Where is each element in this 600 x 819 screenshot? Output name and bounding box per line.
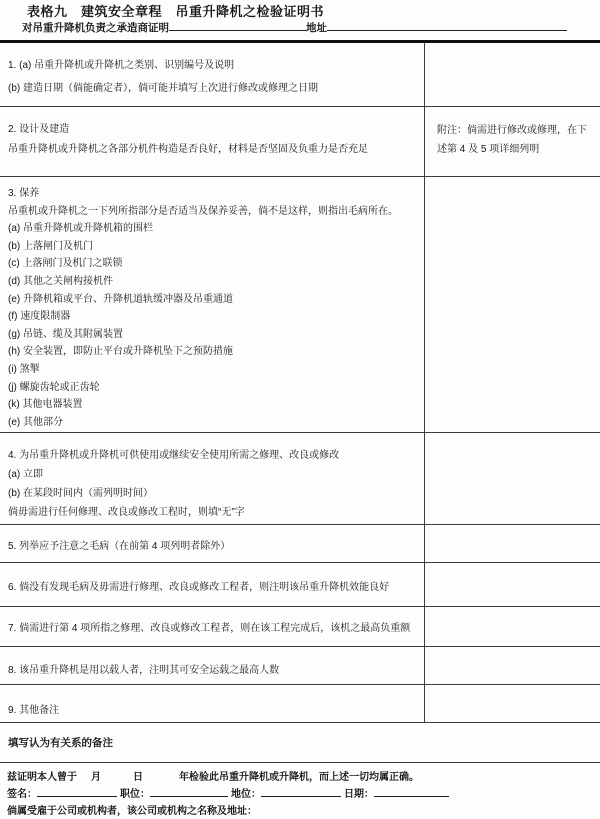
- signature-line: 签名：职位：地位：日期：: [7, 786, 600, 803]
- form-line: (f) 速度限制器: [8, 308, 422, 326]
- form-row-5: 5. 列举应予注意之毛病（在前第 4 项列明者除外）: [0, 525, 600, 563]
- side-note: 附注：倘需进行修改或修理，在下述第 4 及 5 项详细列明: [437, 125, 587, 155]
- row-5-content: 5. 列举应予注意之毛病（在前第 4 项列明者除外）: [0, 525, 425, 562]
- form-row-1: 1. (a) 吊重升降机或升降机之类别、识别编号及说明 (b) 建造日期（倘能确…: [0, 43, 600, 107]
- row-3-notes-cell: [425, 177, 600, 432]
- form-line: (b) 在某段时间内（需列明时间）: [8, 484, 422, 503]
- row-8-notes-cell: [425, 647, 600, 684]
- row-4-notes-cell: [425, 433, 600, 524]
- row-1-content: 1. (a) 吊重升降机或升降机之类别、识别编号及说明 (b) 建造日期（倘能确…: [0, 43, 425, 106]
- form-row-6: 6. 倘没有发现毛病及毋需进行修理、改良或修改工程者，则注明该吊重升降机效能良好: [0, 563, 600, 607]
- form-line: (b) 上落闸门及机门: [8, 238, 422, 256]
- row-9-notes-cell: [425, 685, 600, 722]
- form-line: (k) 其他电器装置: [8, 396, 422, 414]
- form-line: 4. 为吊重升降机或升降机可供使用或继续安全使用所需之修理、改良或修改: [8, 446, 422, 465]
- row-7-content: 7. 倘需进行第 4 项所指之修理、改良或修改工程者，则在该工程完成后，该机之最…: [0, 607, 425, 646]
- row-7-notes-cell: [425, 607, 600, 646]
- form-line: (c) 上落闸门及机门之联锁: [8, 255, 422, 273]
- day-label: 日: [133, 772, 143, 783]
- form-line: 3. 保养: [8, 185, 422, 203]
- form-line: 吊重机或升降机之一下列所指部分是否适当及保养妥善，倘不是这样，则指出毛病所在。: [8, 203, 422, 221]
- form-line: 吊重升降机或升降机之各部分机件构造是否良好，材料是否坚固及负重力是否充足: [8, 140, 422, 160]
- form-line: (a) 立即: [8, 465, 422, 484]
- position-label: 职位：: [120, 789, 150, 800]
- remarks-heading: 填写认为有关系的备注: [8, 735, 113, 762]
- contractor-name-field[interactable]: [169, 20, 306, 31]
- address-field[interactable]: [327, 20, 567, 31]
- form-line: (b) 建造日期（倘能确定者），倘可能并填写上次进行修改或修理之日期: [8, 77, 422, 100]
- status-label: 地位：: [231, 789, 261, 800]
- form-line: 7. 倘需进行第 4 项所指之修理、改良或修改工程者，则在该工程完成后，该机之最…: [8, 619, 422, 634]
- position-field[interactable]: [150, 786, 228, 797]
- form-line: 6. 倘没有发现毛病及毋需进行修理、改良或修改工程者，则注明该吊重升降机效能良好: [8, 578, 422, 593]
- certify-statement-line: 兹证明本人曾于月日年检验此吊重升降机或升降机，而上述一切均属正确。: [7, 769, 600, 786]
- certify-text-suffix: 年检验此吊重升降机或升降机，而上述一切均属正确。: [179, 772, 419, 783]
- status-field[interactable]: [261, 786, 341, 797]
- form-row-9: 9. 其他备注: [0, 685, 600, 723]
- row-8-content: 8. 该吊重升降机是用以载人者，注明其可安全运载之最高人数: [0, 647, 425, 684]
- form-line: (a) 吊重升降机或升降机箱的围栏: [8, 220, 422, 238]
- form-line: (d) 其他之关闸构接机件: [8, 273, 422, 291]
- form-row-remarks: 填写认为有关系的备注: [0, 723, 600, 763]
- row-3-content: 3. 保养 吊重机或升降机之一下列所指部分是否适当及保养妥善，倘不是这样，则指出…: [0, 177, 425, 432]
- form-line: 倘毋需进行任何修理、改良或修改工程时，则填“无”字: [8, 503, 422, 522]
- form-row-8: 8. 该吊重升降机是用以载人者，注明其可安全运载之最高人数: [0, 647, 600, 685]
- contractor-certify-label: 对吊重升降机负责之承造商证明: [22, 22, 169, 34]
- footer: 兹证明本人曾于月日年检验此吊重升降机或升降机，而上述一切均属正确。 签名：职位：…: [0, 763, 600, 819]
- form-row-2: 2. 设计及建造 吊重升降机或升降机之各部分机件构造是否良好，材料是否坚固及负重…: [0, 107, 600, 177]
- form-line: 9. 其他备注: [8, 701, 422, 716]
- form-row-4: 4. 为吊重升降机或升降机可供使用或继续安全使用所需之修理、改良或修改 (a) …: [0, 433, 600, 525]
- scanned-form-page: 表格九 建筑安全章程 吊重升降机之检验证明书 对吊重升降机负责之承造商证明地址 …: [0, 0, 600, 819]
- form-line: (e) 其他部分: [8, 414, 422, 432]
- form-line: 5. 列举应予注意之毛病（在前第 4 项列明者除外）: [8, 537, 422, 552]
- row-6-content: 6. 倘没有发现毛病及毋需进行修理、改良或修改工程者，则注明该吊重升降机效能良好: [0, 563, 425, 606]
- form-line: 1. (a) 吊重升降机或升降机之类别、识别编号及说明: [8, 54, 422, 77]
- form-line: (e) 升降机箱或平台、升降机道轨缓冲器及吊重通道: [8, 291, 422, 309]
- row-2-content: 2. 设计及建造 吊重升降机或升降机之各部分机件构造是否良好，材料是否坚固及负重…: [0, 107, 425, 176]
- form-title: 表格九 建筑安全章程 吊重升降机之检验证明书: [0, 3, 600, 20]
- date-field[interactable]: [374, 786, 449, 797]
- employer-line: 倘属受雇于公司或机构者，该公司或机构之名称及地址：: [7, 803, 600, 819]
- form-line: (i) 煞掣: [8, 361, 422, 379]
- signature-field[interactable]: [37, 786, 117, 797]
- form-line: 8. 该吊重升降机是用以载人者，注明其可安全运载之最高人数: [8, 661, 422, 676]
- row-6-notes-cell: [425, 563, 600, 606]
- form-row-3: 3. 保养 吊重机或升降机之一下列所指部分是否适当及保养妥善，倘不是这样，则指出…: [0, 177, 600, 433]
- form-line: 2. 设计及建造: [8, 120, 422, 140]
- row-1-notes-cell: [425, 43, 600, 106]
- date-label: 日期：: [344, 789, 374, 800]
- signature-label: 签名：: [7, 789, 37, 800]
- month-label: 月: [91, 772, 101, 783]
- row-9-content: 9. 其他备注: [0, 685, 425, 722]
- address-label: 地址: [306, 22, 327, 34]
- form-row-7: 7. 倘需进行第 4 项所指之修理、改良或修改工程者，则在该工程完成后，该机之最…: [0, 607, 600, 647]
- form-line: (h) 安全装置，即防止平台或升降机坠下之预防措施: [8, 343, 422, 361]
- row-4-content: 4. 为吊重升降机或升降机可供使用或继续安全使用所需之修理、改良或修改 (a) …: [0, 433, 425, 524]
- contractor-certify-line: 对吊重升降机负责之承造商证明地址: [0, 20, 600, 36]
- form-line: (j) 螺旋齿轮或正齿轮: [8, 379, 422, 397]
- form-header: 表格九 建筑安全章程 吊重升降机之检验证明书 对吊重升降机负责之承造商证明地址: [0, 0, 600, 43]
- row-2-notes-cell: 附注：倘需进行修改或修理，在下述第 4 及 5 项详细列明: [425, 107, 600, 176]
- form-line: (g) 吊链、缆及其附属装置: [8, 326, 422, 344]
- certify-text-prefix: 兹证明本人曾于: [7, 772, 77, 783]
- row-5-notes-cell: [425, 525, 600, 562]
